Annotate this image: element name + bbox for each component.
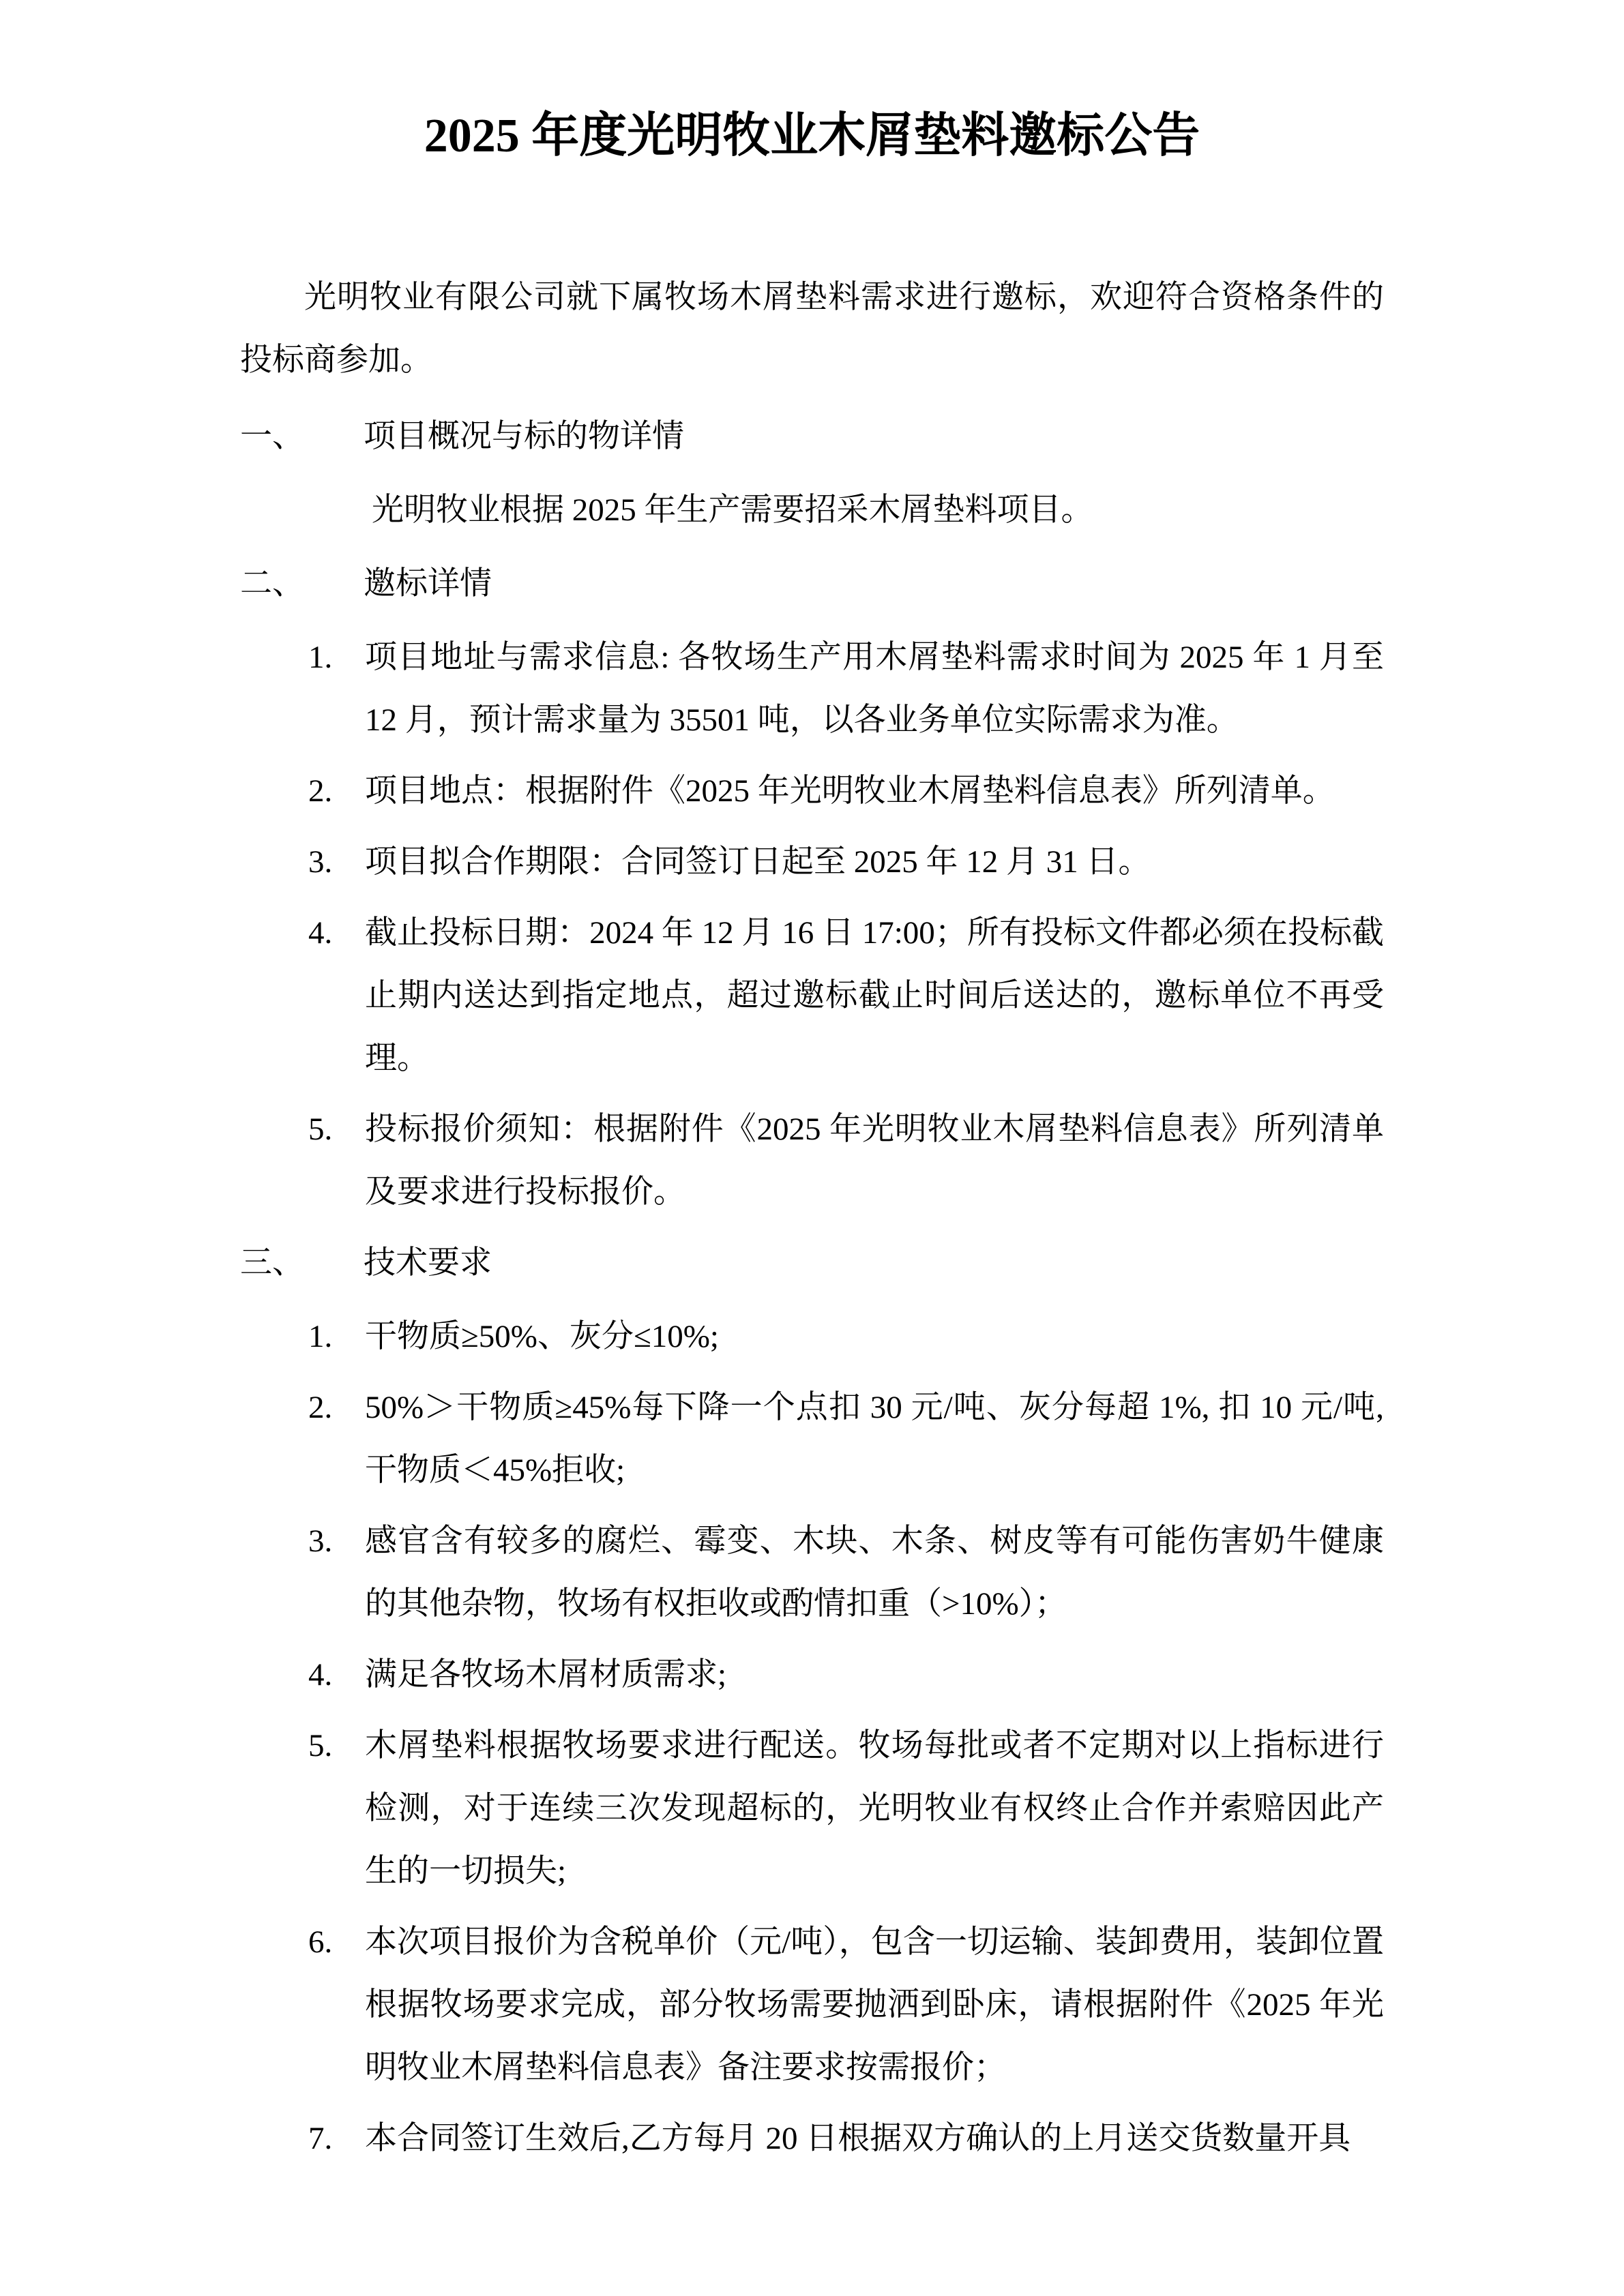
item-number: 5. xyxy=(308,1098,332,1161)
item-text: 满足各牧场木屑材质需求; xyxy=(365,1657,726,1693)
list-item: 2. 50%＞干物质≥45%每下降一个点扣 30 元/吨、灰分每超 1%, 扣 … xyxy=(240,1376,1384,1502)
list-item: 3. 项目拟合作期限：合同签订日起至 2025 年 12 月 31 日。 xyxy=(240,831,1384,893)
item-text: 项目地址与需求信息: 各牧场生产用木屑垫料需求时间为 2025 年 1 月至 1… xyxy=(365,640,1384,738)
list-item: 2. 项目地点：根据附件《2025 年光明牧业木屑垫料信息表》所列清单。 xyxy=(240,760,1384,822)
item-text: 项目地点：根据附件《2025 年光明牧业木屑垫料信息表》所列清单。 xyxy=(365,773,1335,809)
list-item: 7. 本合同签订生效后,乙方每月 20 日根据双方确认的上月送交货数量开具 xyxy=(240,2107,1384,2170)
list-item: 6. 本次项目报价为含税单价（元/吨），包含一切运输、装卸费用，装卸位置根据牧场… xyxy=(240,1911,1384,2099)
item-number: 4. xyxy=(308,1643,332,1706)
list-item: 4. 满足各牧场木屑材质需求; xyxy=(240,1643,1384,1706)
item-text: 截止投标日期：2024 年 12 月 16 日 17:00；所有投标文件都必须在… xyxy=(365,915,1384,1076)
list-item: 3. 感官含有较多的腐烂、霉变、木块、木条、树皮等有可能伤害奶牛健康的其他杂物，… xyxy=(240,1510,1384,1635)
list-item: 1. 项目地址与需求信息: 各牧场生产用木屑垫料需求时间为 2025 年 1 月… xyxy=(240,626,1384,751)
section-number: 二、 xyxy=(240,552,364,615)
section-heading-1: 一、 项目概况与标的物详情 xyxy=(240,405,1384,468)
section-heading-2: 二、 邀标详情 xyxy=(240,552,1384,615)
list-item: 1. 干物质≥50%、灰分≤10%; xyxy=(240,1305,1384,1368)
item-number: 3. xyxy=(308,831,332,893)
item-number: 2. xyxy=(308,760,332,822)
section-title: 邀标详情 xyxy=(364,552,1384,615)
item-text: 感官含有较多的腐烂、霉变、木块、木条、树皮等有可能伤害奶牛健康的其他杂物，牧场有… xyxy=(365,1523,1384,1622)
section-heading-3: 三、 技术要求 xyxy=(240,1232,1384,1294)
section-title: 项目概况与标的物详情 xyxy=(364,405,1384,468)
list-item: 4. 截止投标日期：2024 年 12 月 16 日 17:00；所有投标文件都… xyxy=(240,901,1384,1090)
section-1-body: 光明牧业根据 2025 年生产需要招采木屑垫料项目。 xyxy=(372,479,1384,541)
document-title: 2025 年度光明牧业木屑垫料邀标公告 xyxy=(240,102,1384,170)
section-title: 技术要求 xyxy=(364,1232,1384,1294)
item-number: 4. xyxy=(308,901,332,964)
item-number: 7. xyxy=(308,2107,332,2170)
section-number: 三、 xyxy=(240,1232,364,1294)
list-item: 5. 木屑垫料根据牧场要求进行配送。牧场每批或者不定期对以上指标进行检测，对于连… xyxy=(240,1714,1384,1903)
list-item: 5. 投标报价须知：根据附件《2025 年光明牧业木屑垫料信息表》所列清单及要求… xyxy=(240,1098,1384,1223)
document-page: 2025 年度光明牧业木屑垫料邀标公告 光明牧业有限公司就下属牧场木屑垫料需求进… xyxy=(0,0,1624,2296)
item-text: 50%＞干物质≥45%每下降一个点扣 30 元/吨、灰分每超 1%, 扣 10 … xyxy=(365,1390,1384,1488)
item-text: 本合同签订生效后,乙方每月 20 日根据双方确认的上月送交货数量开具 xyxy=(365,2121,1350,2156)
item-number: 1. xyxy=(308,626,332,689)
item-text: 项目拟合作期限：合同签订日起至 2025 年 12 月 31 日。 xyxy=(365,844,1151,880)
item-text: 干物质≥50%、灰分≤10%; xyxy=(365,1319,719,1354)
item-text: 木屑垫料根据牧场要求进行配送。牧场每批或者不定期对以上指标进行检测，对于连续三次… xyxy=(365,1728,1384,1889)
item-text: 投标报价须知：根据附件《2025 年光明牧业木屑垫料信息表》所列清单及要求进行投… xyxy=(365,1112,1384,1210)
item-number: 3. xyxy=(308,1510,332,1572)
section-number: 一、 xyxy=(240,405,364,468)
intro-paragraph: 光明牧业有限公司就下属牧场木屑垫料需求进行邀标，欢迎符合资格条件的投标商参加。 xyxy=(240,266,1384,391)
item-number: 6. xyxy=(308,1911,332,1973)
item-text: 本次项目报价为含税单价（元/吨），包含一切运输、装卸费用，装卸位置根据牧场要求完… xyxy=(365,1924,1384,2085)
item-number: 1. xyxy=(308,1305,332,1368)
item-number: 2. xyxy=(308,1376,332,1439)
item-number: 5. xyxy=(308,1714,332,1777)
